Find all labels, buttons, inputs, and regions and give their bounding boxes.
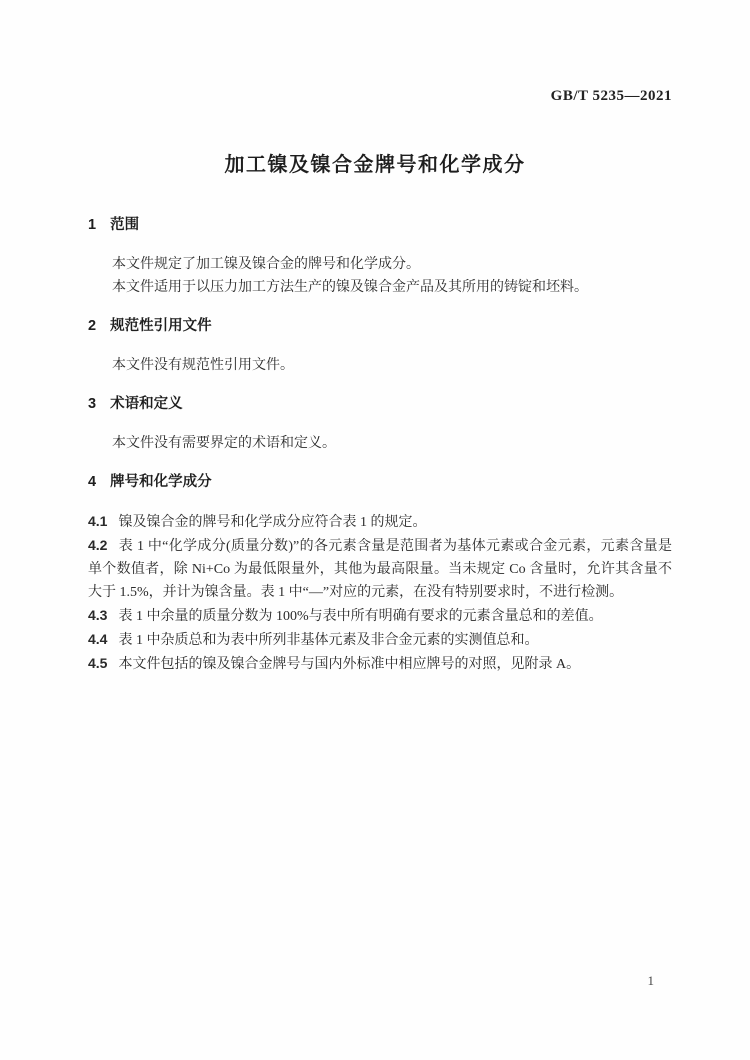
section-heading-label: 范围 — [110, 217, 139, 233]
clause-number: 4.2 — [88, 537, 118, 553]
section-number: 4 — [88, 471, 96, 494]
clause-text: 本文件包括的镍及镍合金牌号与国内外标准中相应牌号的对照，见附录 A。 — [118, 657, 580, 672]
section-number: 3 — [88, 393, 96, 416]
section-heading-designations-composition: 4牌号和化学成分 — [88, 471, 672, 494]
standard-number: GB/T 5235—2021 — [551, 88, 672, 104]
paragraph: 本文件没有需要界定的术语和定义。 — [88, 432, 672, 455]
clause-text: 表 1 中“化学成分(质量分数)”的各元素含量是范围者为基体元素或合金元素，元素… — [88, 539, 672, 600]
clause-row: 4.5本文件包括的镍及镍合金牌号与国内外标准中相应牌号的对照，见附录 A。 — [88, 652, 672, 676]
clause-text: 表 1 中杂质总和为表中所列非基体元素及非合金元素的实测值总和。 — [118, 633, 538, 648]
clause-row: 4.3表 1 中余量的质量分数为 100%与表中所有明确有要求的元素含量总和的差… — [88, 604, 672, 628]
paragraph: 本文件规定了加工镍及镍合金的牌号和化学成分。 — [88, 253, 672, 276]
section-heading-label: 牌号和化学成分 — [110, 474, 212, 490]
clause-row: 4.2表 1 中“化学成分(质量分数)”的各元素含量是范围者为基体元素或合金元素… — [88, 534, 672, 604]
document-body: 1范围 本文件规定了加工镍及镍合金的牌号和化学成分。 本文件适用于以压力加工方法… — [88, 210, 672, 676]
clause-number: 4.4 — [88, 631, 118, 647]
section-number: 1 — [88, 214, 96, 237]
clause-number: 4.3 — [88, 607, 118, 623]
section-number: 2 — [88, 315, 96, 338]
paragraph: 本文件适用于以压力加工方法生产的镍及镍合金产品及其所用的铸锭和坯料。 — [88, 276, 672, 299]
clause-row: 4.4表 1 中杂质总和为表中所列非基体元素及非合金元素的实测值总和。 — [88, 628, 672, 652]
clause-text: 表 1 中余量的质量分数为 100%与表中所有明确有要求的元素含量总和的差值。 — [118, 609, 602, 624]
page-header: GB/T 5235—2021 — [88, 88, 672, 105]
section-heading-normative-references: 2规范性引用文件 — [88, 315, 672, 338]
section-heading-scope: 1范围 — [88, 214, 672, 237]
section-heading-label: 术语和定义 — [110, 396, 183, 412]
section-heading-terms-definitions: 3术语和定义 — [88, 393, 672, 416]
paragraph: 本文件没有规范性引用文件。 — [88, 354, 672, 377]
clause-number: 4.1 — [88, 513, 118, 529]
document-page: GB/T 5235—2021 加工镍及镍合金牌号和化学成分 1范围 本文件规定了… — [0, 0, 750, 1060]
clause-text: 镍及镍合金的牌号和化学成分应符合表 1 的规定。 — [118, 515, 426, 530]
page-number: 1 — [648, 973, 655, 989]
section-heading-label: 规范性引用文件 — [110, 318, 212, 334]
clause-number: 4.5 — [88, 655, 118, 671]
document-title: 加工镍及镍合金牌号和化学成分 — [0, 148, 750, 177]
clause-row: 4.1镍及镍合金的牌号和化学成分应符合表 1 的规定。 — [88, 510, 672, 534]
